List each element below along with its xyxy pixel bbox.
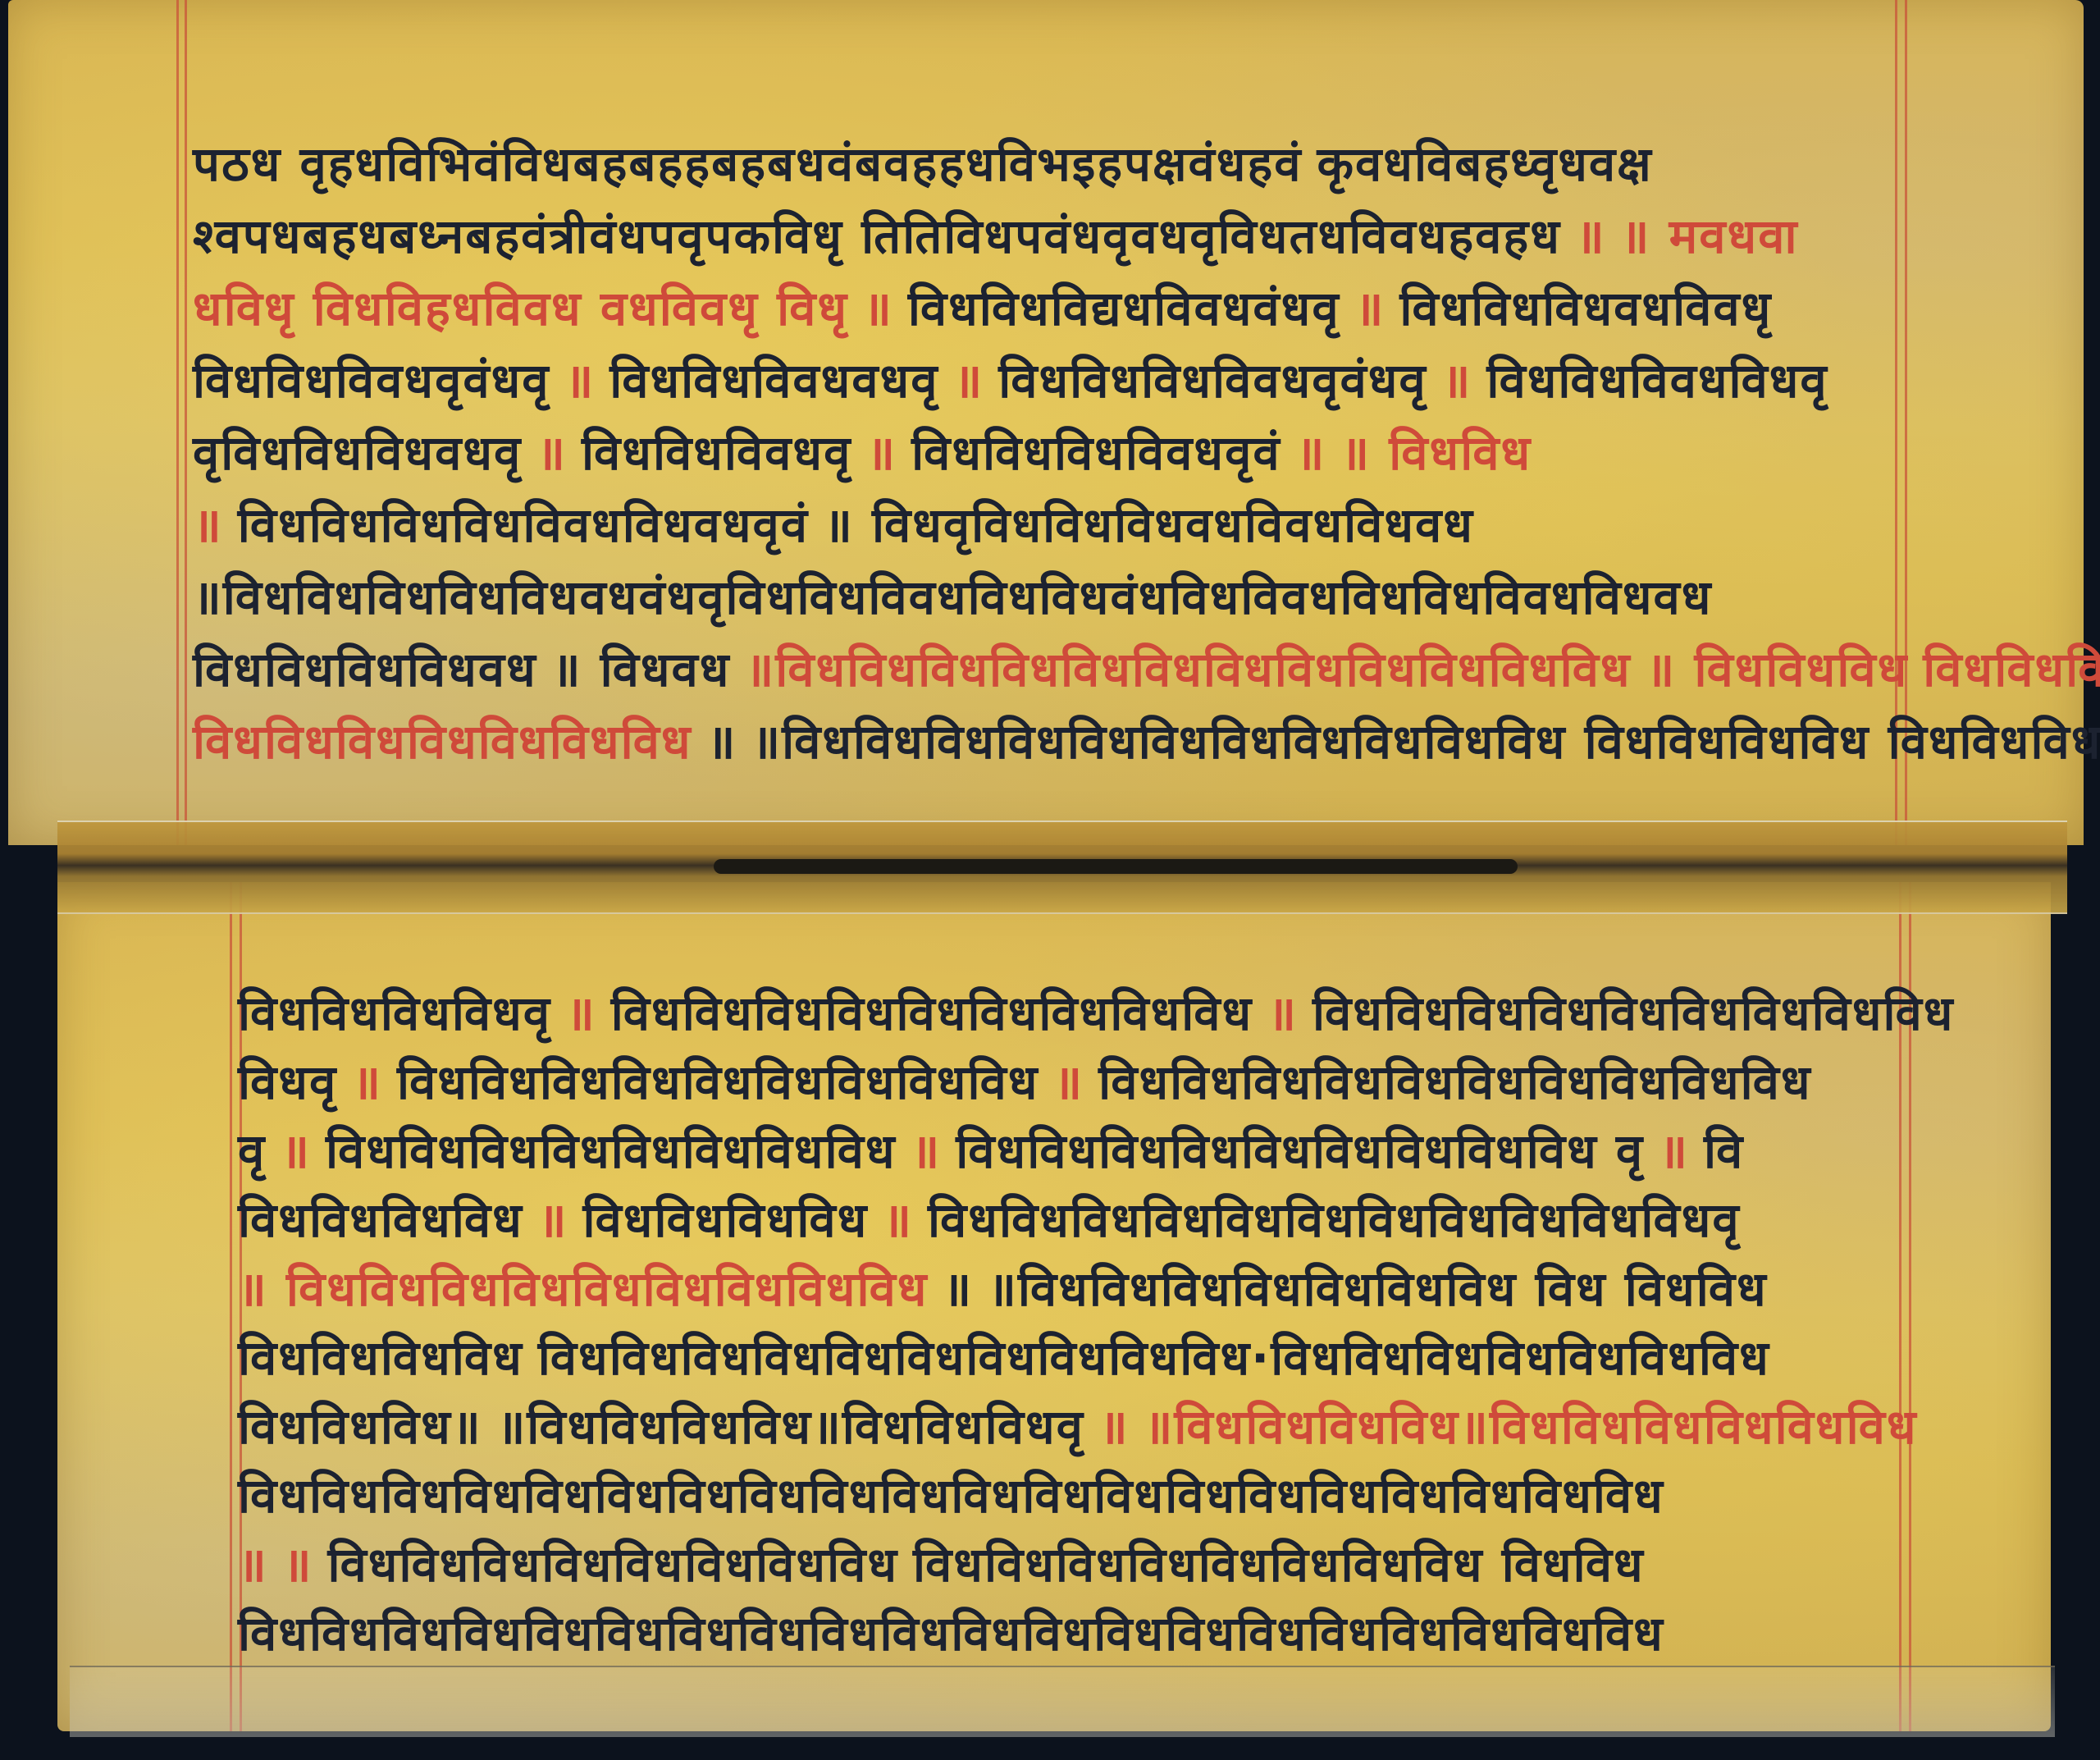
text-segment: विधविधविधविवधवृवं <box>911 425 1281 481</box>
text-segment: विधविधविधविधविधविधविधविधविधविधविधविधविधव… <box>238 1606 1664 1662</box>
text-segment: विधविधविधविधविधविधविधविध विधविध <box>913 1537 1645 1593</box>
text-segment: विधविधविधविध <box>238 1330 523 1386</box>
manuscript-line: विधविधविधविधविधविधविधविधविधविधविधविधविधव… <box>238 1463 1679 1529</box>
text-segment: विधविधविधविधविधविधविधविधविध <box>397 1054 1039 1110</box>
manuscript-line: विधवृ॥विधविधविधविधविधविधविधविधविध॥विधविध… <box>238 1049 1827 1115</box>
lower-page: विधविधविधविधवृ॥विधविधविधविधविधविधविधविधव… <box>57 882 2051 1731</box>
manuscript-line: ॥विधविधविधविधविवधविधवधवृवं॥ विधवृविधविधव… <box>193 492 1489 558</box>
binding-fold-tape <box>57 821 2067 914</box>
rubric-segment: ॥ <box>863 281 893 336</box>
text-segment: पठध वृहधविभिवंविधबहबहहबहबधवंबवहहधविभइहपक… <box>193 136 1303 192</box>
manuscript-line: श्वपधबहधबध्नबहवंत्रीवंधपवृपकविधृ तितिविध… <box>193 203 1813 269</box>
text-segment: ॥ विधवध <box>552 642 731 697</box>
text-segment: श्वपधबहधबध्नबहवंत्रीवंधपवृपकविधृ तितिविध… <box>193 208 1561 264</box>
text-segment: विधविधविधविधविवधविधवधवृवं <box>238 497 809 553</box>
text-segment: विधविधविधविधविधविधविधविधविध <box>1312 985 1954 1041</box>
manuscript-folio: पठध वृहधविभिवंविधबहबहहबहबधवंबवहहधविभइहपक… <box>8 0 2084 1731</box>
left-margin-rule-inner <box>185 0 187 845</box>
manuscript-line: विधविधविधविधवध॥ विधवध॥विधविधविधविधविधविध… <box>193 637 2100 702</box>
text-segment: विधविधविधविध <box>238 1192 523 1248</box>
rubric-segment: ॥ <box>953 353 984 409</box>
text-segment: विधविधविवधवृवंधवृ <box>193 353 550 409</box>
rubric-segment: ॥ <box>1296 425 1326 481</box>
rubric-segment: ॥ <box>1576 208 1606 264</box>
rubric-segment: ॥ <box>238 1537 268 1593</box>
text-segment: विधविधविधविधविधविधविधविधविध वृ <box>956 1123 1644 1179</box>
left-margin-rule <box>230 882 232 1731</box>
text-segment: वि <box>1704 1123 1744 1179</box>
text-segment: विधविधविधविधवृ <box>238 985 551 1041</box>
text-segment: विधवृ <box>238 1054 337 1110</box>
rubric-segment: ॥विधविधविधविध॥विधविधविधविधविधविध <box>1144 1399 1918 1455</box>
rubric-segment: ॥ <box>1053 1054 1084 1110</box>
manuscript-line: विधविधविधविधविधविधविधविधविधविधविधविधविधव… <box>238 1601 1679 1666</box>
text-segment: ॥विधविधविधविध॥विधविधविधवृ <box>497 1399 1084 1455</box>
text-segment: ॥विधविधविधविधविधविधविधविधविधविधविध विधवि… <box>751 714 2100 770</box>
rubric-segment: ॥ <box>281 1123 311 1179</box>
text-segment: कृवधविबहध्वृधवक्ष <box>1317 136 1653 192</box>
rubric-segment: ॥ <box>883 1192 913 1248</box>
manuscript-line: वृविधविधविधवधवृ॥विधविधविवधवृ॥विधविधविधवि… <box>193 420 1546 486</box>
manuscript-line: विधविधविधविधविधविधविधविधविधविधविधविधविधव… <box>238 1325 1785 1391</box>
manuscript-line: विधविधविधविधवृ॥विधविधविधविधविधविधविधविधव… <box>238 981 1969 1046</box>
manuscript-line: ॥॥विधविधविधविधविधविधविधविधविधविधविधविधवि… <box>238 1532 1659 1598</box>
fold-damage <box>714 859 1518 874</box>
manuscript-line: विधविधविधविधविधविधविध॥॥विधविधविधविधविधवि… <box>193 709 2100 775</box>
manuscript-line: विधविधविध॥॥विधविधविधविध॥विधविधविधवृ॥॥विध… <box>238 1394 1933 1460</box>
rubric-segment: ॥ <box>538 1192 568 1248</box>
text-segment: विधविधविवधविधवृ <box>1486 353 1828 409</box>
text-segment: ॥विधविधविधविधविधवधवंधवृविधविधविवधविधविधव… <box>193 569 1712 625</box>
rubric-segment: ॥विधविधविधविधविधविधविधविधविधविधविधविध <box>745 642 1631 697</box>
text-segment: विधविधविधविध <box>583 1192 869 1248</box>
text-segment: विधविधविधविधविधविधविधविधविध <box>611 985 1253 1041</box>
rubric-segment: ॥ <box>1659 1123 1689 1179</box>
text-segment: विधविधविधविधविधविधविधविधविधविधविधवृ <box>928 1192 1741 1248</box>
text-segment: विधविधविधविधविधविधविधविधविधविध <box>1098 1054 1811 1110</box>
rubric-segment: ॥ <box>1355 281 1386 336</box>
rubric-segment: ॥ <box>564 353 595 409</box>
manuscript-line: ॥विधविधविधविधविधवधवंधवृविधविधविवधविधविधव… <box>193 565 1727 630</box>
manuscript-line: पठध वृहधविभिवंविधबहबहहबहबधवंबवहहधविभइहपक… <box>193 131 1668 197</box>
text-segment: ॥विधविधविधविधविधविधविध विध विधविध <box>988 1261 1768 1317</box>
rubric-segment: धविधृ विधविहधविवध वधविवधृ विधृ <box>193 281 848 336</box>
text-segment: विधविधविधविधवध <box>193 642 537 697</box>
manuscript-line: ॥ विधविधविधविधविधविधविधविधविध॥॥विधविधविध… <box>238 1256 1783 1322</box>
rubric-segment: विधविधविध <box>1923 642 2100 697</box>
rubric-segment: ॥ विधविधविध <box>1646 642 1909 697</box>
rubric-segment: ॥ <box>866 425 897 481</box>
rubric-segment: ॥ विधविध <box>1340 425 1532 481</box>
text-segment: विधविधविद्यधविवधवंधवृ <box>908 281 1340 336</box>
manuscript-line: धविधृ विधविहधविवध वधविवधृ विधृ॥विधविधविद… <box>193 276 1787 341</box>
rubric-segment: ॥ <box>1099 1399 1130 1455</box>
rubric-segment: ॥ <box>536 425 567 481</box>
rubric-segment: ॥ <box>911 1123 942 1179</box>
text-segment: विधविधविधविधविधविधविधविध <box>328 1537 899 1593</box>
rubric-segment: ॥ <box>283 1537 313 1593</box>
manuscript-line: विधविधविधविध॥विधविधविधविध॥विधविधविधविधवि… <box>238 1187 1755 1253</box>
rubric-segment: ॥ <box>566 985 596 1041</box>
rubric-segment: ॥ <box>1267 985 1298 1041</box>
text-segment: वृ <box>238 1123 266 1179</box>
rubric-segment: ॥ <box>352 1054 382 1110</box>
text-segment: विधविधविधविधविधविधविधविध <box>326 1123 897 1179</box>
left-margin-rule <box>176 0 179 845</box>
text-segment: ॥ <box>943 1261 973 1317</box>
text-segment: ॥ विधवृविधविधविधवधविवधविधवध <box>824 497 1474 553</box>
manuscript-line: वृ॥विधविधविधविधविधविधविधविध॥विधविधविधविध… <box>238 1118 1759 1184</box>
text-segment: ॥ <box>707 714 737 770</box>
upper-page: पठध वृहधविभिवंविधबहबहहबहबधवंबवहहधविभइहपक… <box>8 0 2084 845</box>
bottom-edge-tape <box>70 1666 2055 1737</box>
text-segment: विधविधविधविधविधविधविधविधविधविधविधविधविधव… <box>238 1468 1664 1524</box>
rubric-segment: ॥ मवधवा <box>1621 208 1799 264</box>
rubric-segment: ॥ विधविधविधविधविधविधविधविधविध <box>238 1261 928 1317</box>
text-segment: विधविधविवधवधवृ <box>609 353 938 409</box>
text-segment: विधविधविधविधविधविधविधविधविधविध·विधविधविध… <box>538 1330 1770 1386</box>
text-segment: विधविधविधविवधवृवंधवृ <box>998 353 1427 409</box>
text-segment: वृविधविधविधवधवृ <box>193 425 522 481</box>
rubric-segment: ॥ <box>193 497 223 553</box>
rubric-segment: विधविधविधविधविधविधविध <box>193 714 692 770</box>
text-segment: विधविधविवधवृ <box>582 425 851 481</box>
text-segment: विधविधविध॥ <box>238 1399 482 1455</box>
manuscript-line: विधविधविवधवृवंधवृ॥विधविधविवधवधवृ॥विधविधव… <box>193 348 1843 414</box>
text-segment: विधविधविधवधविवधृ <box>1399 281 1772 336</box>
rubric-segment: ॥ <box>1442 353 1472 409</box>
